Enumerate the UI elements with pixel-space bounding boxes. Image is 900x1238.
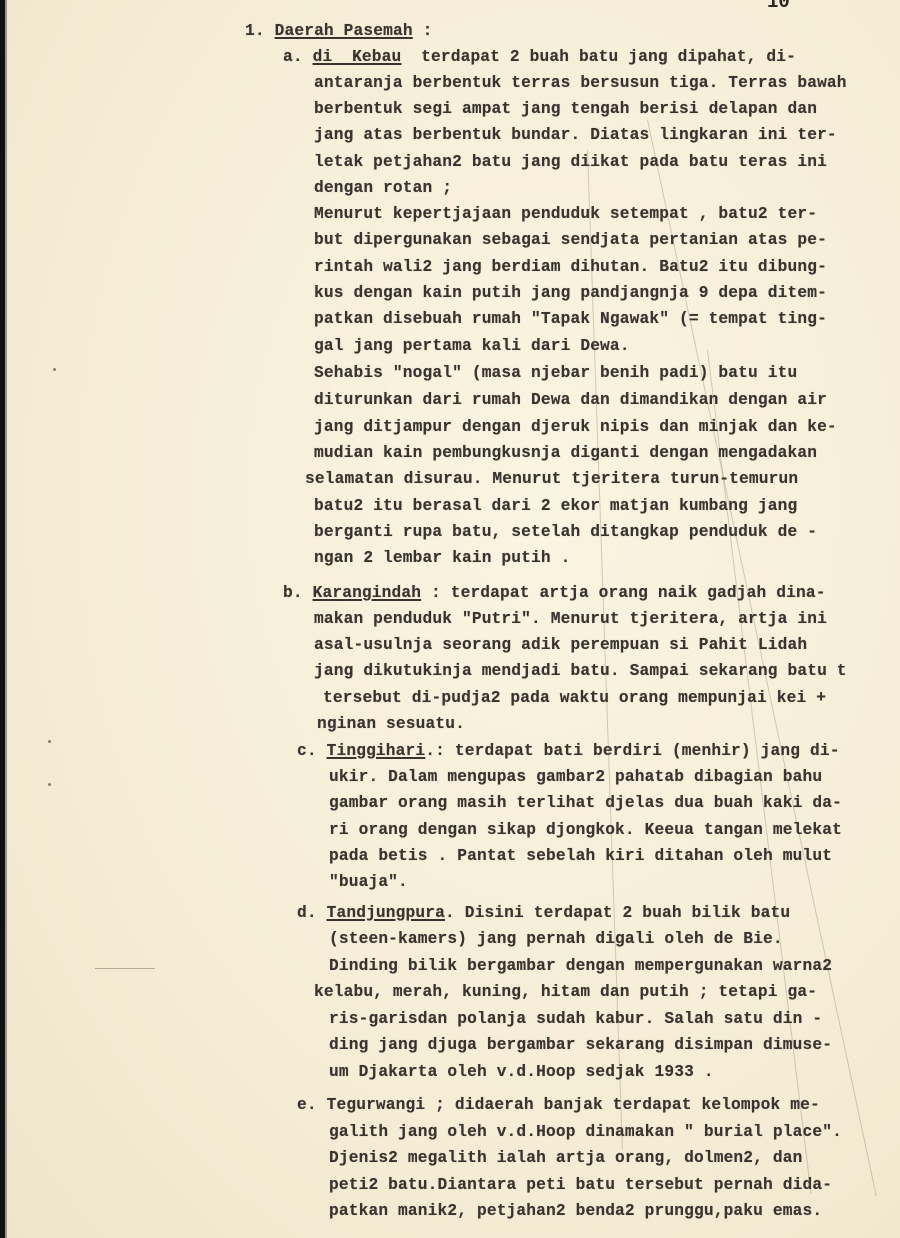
item-e-line: peti2 batu.Diantara peti batu tersebut p… (329, 1176, 832, 1194)
item-a-place: di Kebau (313, 48, 402, 66)
section-title: Daerah Pasemah (275, 22, 413, 40)
item-d-line: ding jang djuga bergambar sekarang disim… (329, 1036, 832, 1054)
item-d-line: ris-garisdan polanja sudah kabur. Salah … (329, 1010, 822, 1028)
paper-speck (48, 740, 51, 743)
item-c-first-line: c. Tinggihari.: terdapat bati berdiri (m… (297, 742, 840, 760)
item-e-place: Tegurwangi (327, 1096, 426, 1114)
item-c-letter: c. (297, 742, 317, 760)
item-a-line: berganti rupa batu, setelah ditangkap pe… (314, 523, 817, 541)
item-c-line: ukir. Dalam mengupas gambar2 pahatab dib… (329, 768, 822, 786)
item-a-line: patkan disebuah rumah "Tapak Ngawak" (= … (314, 310, 827, 328)
item-a-letter: a. (283, 48, 303, 66)
item-b-place: Karangindah (313, 584, 422, 602)
item-e-letter: e. (297, 1096, 317, 1114)
item-b-line: makan penduduk "Putri". Menurut tjeriter… (314, 610, 827, 628)
paper-speck (53, 368, 56, 371)
item-c-line: .: terdapat bati berdiri (menhir) jang d… (425, 742, 839, 760)
item-a-line: berbentuk segi ampat jang tengah berisi … (314, 100, 817, 118)
item-d-line: um Djakarta oleh v.d.Hoop sedjak 1933 . (329, 1063, 714, 1081)
item-a-line: antaranja berbentuk terras bersusun tiga… (314, 74, 847, 92)
item-a-line: rintah wali2 jang berdiam dihutan. Batu2… (314, 258, 827, 276)
item-a-line: Sehabis "nogal" (masa njebar benih padi)… (314, 364, 797, 382)
item-c-place: Tinggihari (327, 742, 426, 760)
item-c-line: pada betis . Pantat sebelah kiri ditahan… (329, 847, 832, 865)
item-a-line: kus dengan kain putih jang pandjangnja 9… (314, 284, 827, 302)
paper-speck (48, 783, 51, 786)
item-a-line: diturunkan dari rumah Dewa dan dimandika… (314, 391, 827, 409)
item-b-line: : terdapat artja orang naik gadjah dina- (421, 584, 825, 602)
scan-edge (0, 0, 7, 1238)
item-e-line: Djenis2 megalith ialah artja orang, dolm… (329, 1149, 802, 1167)
section-heading: 1. Daerah Pasemah : (245, 22, 432, 40)
item-d-first-line: d. Tandjungpura. Disini terdapat 2 buah … (297, 904, 790, 922)
item-b-line: jang dikutukinja mendjadi batu. Sampai s… (314, 662, 847, 680)
item-b-line: nginan sesuatu. (317, 715, 465, 733)
item-d-place: Tandjungpura (327, 904, 445, 922)
item-e-line: galith jang oleh v.d.Hoop dinamakan " bu… (329, 1123, 842, 1141)
item-d-line: (steen-kamers) jang pernah digali oleh d… (329, 930, 783, 948)
item-a-first-line: a. di Kebau terdapat 2 buah batu jang di… (283, 48, 796, 66)
page-number: 10 (767, 0, 790, 13)
item-e-first-line: e. Tegurwangi ; didaerah banjak terdapat… (297, 1096, 820, 1114)
item-a-line: letak petjahan2 batu jang diikat pada ba… (314, 153, 827, 171)
item-e-line: patkan manik2, petjahan2 benda2 prunggu,… (329, 1202, 822, 1220)
item-c-line: "buaja". (329, 873, 408, 891)
item-d-letter: d. (297, 904, 317, 922)
item-a-line: jang ditjampur dengan djeruk nipis dan m… (314, 418, 837, 436)
item-a-line: ngan 2 lembar kain putih . (314, 549, 570, 567)
item-a-line: mudian kain pembungkusnja diganti dengan… (314, 444, 817, 462)
item-a-line: terdapat 2 buah batu jang dipahat, di- (401, 48, 796, 66)
item-d-line: Dinding bilik bergambar dengan mempergun… (329, 957, 832, 975)
item-a-line: gal jang pertama kali dari Dewa. (314, 337, 630, 355)
item-a-line: but dipergunakan sebagai sendjata pertan… (314, 231, 827, 249)
section-marker: 1. (245, 22, 265, 40)
item-e-line: ; didaerah banjak terdapat kelompok me- (425, 1096, 820, 1114)
item-d-line: kelabu, merah, kuning, hitam dan putih ;… (314, 983, 817, 1001)
item-b-letter: b. (283, 584, 303, 602)
item-b-first-line: b. Karangindah : terdapat artja orang na… (283, 584, 826, 602)
item-a-line: jang atas berbentuk bundar. Diatas lingk… (314, 126, 837, 144)
item-b-line: asal-usulnja seorang adik perempuan si P… (314, 636, 807, 654)
section-title-suffix: : (413, 22, 433, 40)
document-page: 10 1. Daerah Pasemah : a. di Kebau terda… (7, 0, 900, 1238)
item-a-line: dengan rotan ; (314, 179, 452, 197)
paper-crease (647, 120, 877, 1196)
item-a-line: Menurut kepertjajaan penduduk setempat ,… (314, 205, 817, 223)
item-d-line: . Disini terdapat 2 buah bilik batu (445, 904, 790, 922)
paper-mark (95, 968, 155, 969)
item-c-line: gambar orang masih terlihat djelas dua b… (329, 794, 842, 812)
